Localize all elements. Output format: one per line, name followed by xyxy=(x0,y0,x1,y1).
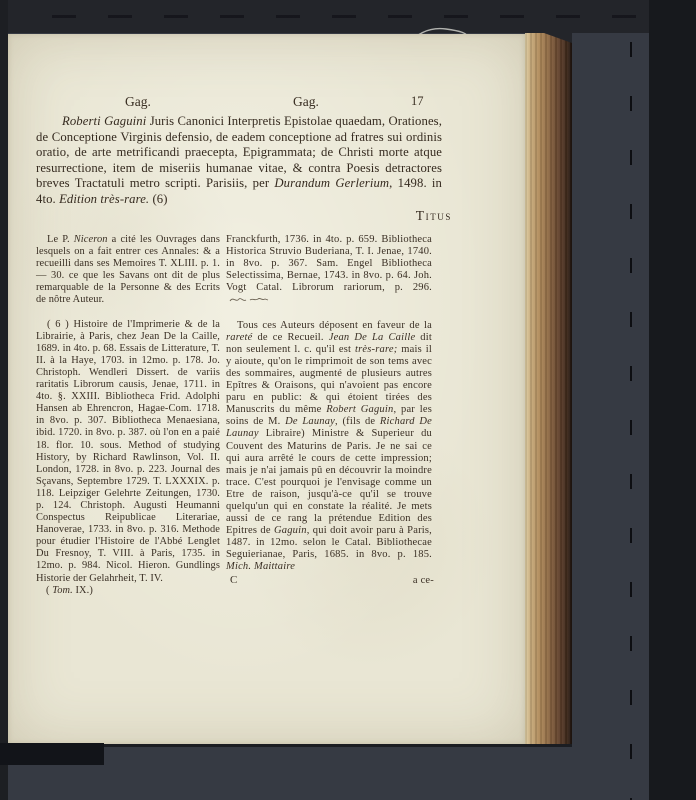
scanner-background-top xyxy=(0,0,696,33)
right-paragraph-1: Franckfurth, 1736. in 4to. p. 659. Bibli… xyxy=(226,234,432,308)
page-number: 17 xyxy=(411,94,424,109)
signature-mark: C xyxy=(230,574,238,586)
scanned-book-photo: Gag. Gag. 17 Roberti Gaguini Juris Canon… xyxy=(0,0,696,800)
film-edge-marks-icon xyxy=(52,15,644,18)
registration-dash-line-icon xyxy=(630,42,632,800)
left-paragraph-2: ( 6 ) Histoire de l'Imprimerie & de la L… xyxy=(36,319,220,585)
paragraph-text: Tous ces Auteurs déposent en faveur de l… xyxy=(226,320,432,573)
book-fore-edge xyxy=(525,33,572,744)
contributor-byline: Titus xyxy=(8,208,452,224)
running-head-center: Gag. xyxy=(293,94,319,110)
left-paragraph-1: Le P. Niceron a cité les Ouvrages dans l… xyxy=(36,234,220,307)
handwritten-annotation-icon xyxy=(229,294,269,304)
volume-footline: ( Tom. IX.) xyxy=(46,585,220,597)
signature-line: C a ce- xyxy=(226,574,432,587)
right-column: Franckfurth, 1736. in 4to. p. 659. Bibli… xyxy=(226,234,432,587)
book-page: Gag. Gag. 17 Roberti Gaguini Juris Canon… xyxy=(8,34,525,744)
paragraph-text: ( 6 ) Histoire de l'Imprimerie & de la L… xyxy=(36,319,220,584)
running-head-left: Gag. xyxy=(125,94,151,110)
catchword: a ce- xyxy=(413,575,434,587)
running-head: Gag. Gag. 17 xyxy=(8,94,525,110)
paragraph-text: Le P. Niceron a cité les Ouvrages dans l… xyxy=(36,234,220,305)
entry-title-paragraph: Roberti Gaguini Juris Canonici Interpret… xyxy=(36,114,442,208)
scanner-background-left xyxy=(0,0,8,800)
left-column: Le P. Niceron a cité les Ouvrages dans l… xyxy=(36,234,220,597)
volume-footline-text: ( Tom. IX.) xyxy=(46,585,93,596)
right-paragraph-2: Tous ces Auteurs déposent en faveur de l… xyxy=(226,320,432,574)
page-shadow xyxy=(0,743,104,765)
entry-title-text: Roberti Gaguini Juris Canonici Interpret… xyxy=(36,114,442,206)
scanner-background-right xyxy=(649,0,696,800)
paragraph-text: Franckfurth, 1736. in 4to. p. 659. Bibli… xyxy=(226,234,432,293)
